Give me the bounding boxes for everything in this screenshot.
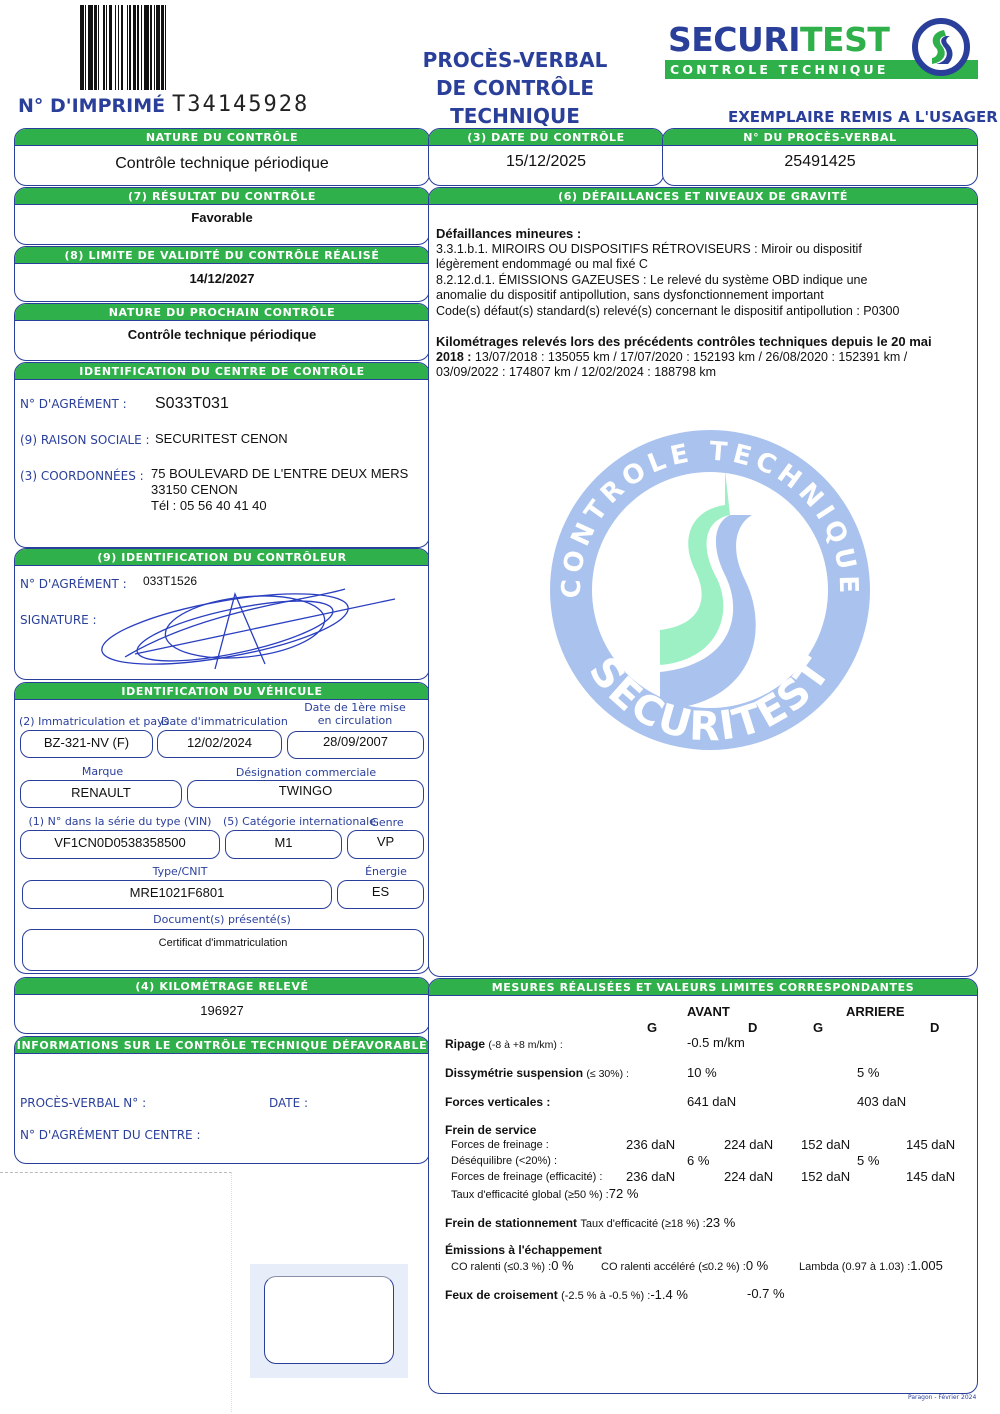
forces-freinage-arg: 152 daN [801, 1137, 850, 1152]
nature-controle-value: Contrôle technique périodique [15, 155, 429, 173]
arriere-header: ARRIERE [846, 1004, 905, 1019]
categorie-value: M1 [225, 830, 342, 859]
securitest-logo: SECURITEST [668, 20, 889, 59]
nature-controle-box: NATURE DU CONTRÔLE Contrôle technique pé… [14, 128, 430, 186]
resultat-title: (7) RÉSULTAT DU CONTRÔLE [15, 188, 429, 205]
arriere-g-header: G [813, 1020, 823, 1035]
ripage-label: Ripage [445, 1037, 485, 1051]
energie-label: Énergie [348, 865, 424, 878]
detach-line [0, 1172, 232, 1173]
date-immat-value: 12/02/2024 [157, 730, 282, 758]
categorie-label: (5) Catégorie internationale [223, 815, 351, 828]
centre-raison-value: SECURITEST CENON [155, 431, 288, 446]
desequilibre-label: Déséquilibre (<20%) : [451, 1155, 557, 1167]
forces-freinage-avd: 224 daN [724, 1137, 773, 1152]
centre-coordonnees: 75 BOULEVARD DE L'ENTRE DEUX MERS 33150 … [151, 466, 408, 514]
emissions-label: Émissions à l'échappement [445, 1243, 602, 1257]
exemplaire-label: EXEMPLAIRE REMIS A L'USAGER [728, 108, 998, 126]
centre-phone-line: Tél : 05 56 40 41 40 [151, 498, 408, 514]
feux-limit: (-2.5 % à -0.5 %) : [561, 1290, 650, 1302]
co-ralenti-label: CO ralenti (≤0.3 %) : [451, 1261, 551, 1273]
sticker-slot [264, 1276, 394, 1364]
signature-scribble-icon [85, 569, 405, 679]
securitest-s-logo-icon [912, 18, 970, 76]
forces-eff-avg: 236 daN [626, 1169, 675, 1184]
defaillance-line: anomalie du dispositif antipollution, sa… [436, 288, 899, 304]
marque-label: Marque [20, 765, 185, 778]
limite-validite-title: (8) LIMITE DE VALIDITÉ DU CONTRÔLE RÉALI… [15, 247, 429, 264]
taux-global-row: Taux d'efficacité global (≥50 %) :72 % [451, 1186, 638, 1201]
defaillance-line: 8.2.12.d.1. ÉMISSIONS GAZEUSES : Le rele… [436, 273, 899, 289]
premiere-mise-value: 28/09/2007 [287, 731, 424, 759]
resultat-box: (7) RÉSULTAT DU CONTRÔLE Favorable [14, 187, 430, 245]
km-history: Kilométrages relevés lors des précédents… [436, 334, 932, 381]
mesures-title: MESURES RÉALISÉES ET VALEURS LIMITES COR… [429, 979, 977, 996]
logo-part-2: TEST [800, 20, 889, 59]
feux-label: Feux de croisement [445, 1288, 558, 1302]
logo-part-1: SECURI [668, 20, 800, 59]
centre-box: IDENTIFICATION DU CENTRE DE CONTRÔLE N° … [14, 362, 430, 548]
defavorable-pv-label: PROCÈS-VERBAL N° : [20, 1096, 146, 1110]
desequilibre-arriere: 5 % [857, 1153, 879, 1168]
genre-label: Genre [349, 816, 425, 829]
kilometrage-title: (4) KILOMÉTRAGE RELEVÉ [15, 978, 429, 995]
forces-eff-avd: 224 daN [724, 1169, 773, 1184]
centre-agrement-label: N° D'AGRÉMENT : [20, 397, 127, 411]
dissym-row: Dissymétrie suspension (≤ 30%) : [445, 1066, 629, 1080]
co-accel-row: CO ralenti accéléré (≤0.2 %) :0 % [601, 1258, 768, 1273]
premiere-mise-label: Date de 1ère mise en circulation [287, 701, 423, 727]
documents-value: Certificat d'immatriculation [22, 929, 424, 971]
co-accel-label: CO ralenti accéléré (≤0.2 %) : [601, 1261, 746, 1273]
marque-value: RENAULT [20, 780, 182, 808]
imprime-number: T34145928 [172, 92, 309, 117]
centre-coord-label: (3) COORDONNÉES : [20, 469, 144, 483]
immat-label: (2) Immatriculation et pays [19, 715, 159, 728]
forces-freinage-ard: 145 daN [906, 1137, 955, 1152]
forces-vert-arriere: 403 daN [857, 1094, 906, 1109]
title-line-2: DE CONTRÔLE TECHNIQUE [370, 74, 660, 130]
co-ralenti-row: CO ralenti (≤0.3 %) :0 % [451, 1258, 574, 1273]
defaillances-list: Défaillances mineures : 3.3.1.b.1. MIROI… [436, 226, 899, 319]
vin-value: VF1CN0D0538358500 [20, 830, 220, 859]
securitest-watermark-icon: CONTROLE TECHNIQUE SECURITEST [530, 410, 890, 770]
avant-g-header: G [647, 1020, 657, 1035]
date-controle-box: (3) DATE DU CONTRÔLE 15/12/2025 [428, 128, 664, 186]
defavorable-agrement-label: N° D'AGRÉMENT DU CENTRE : [20, 1128, 201, 1142]
defavorable-title: INFORMATIONS SUR LE CONTRÔLE TECHNIQUE D… [15, 1037, 429, 1054]
forces-eff-label: Forces de freinage (efficacité) : [451, 1171, 602, 1183]
designation-label: Désignation commerciale [187, 766, 425, 779]
defavorable-date-label: DATE : [269, 1096, 308, 1110]
centre-agrement-value: S033T031 [155, 395, 229, 413]
premiere-mise-label-2: en circulation [287, 714, 423, 727]
frein-service-label: Frein de service [445, 1123, 536, 1137]
cnit-value: MRE1021F6801 [22, 880, 332, 909]
paragon-footer: Paragon - Février 2024 [908, 1394, 976, 1401]
date-controle-value: 15/12/2025 [429, 153, 663, 171]
defaillance-line: 3.3.1.b.1. MIROIRS OU DISPOSITIFS RÉTROV… [436, 242, 899, 258]
prochain-controle-title: NATURE DU PROCHAIN CONTRÔLE [15, 304, 429, 321]
feux-g-value: -1.4 % [650, 1287, 688, 1302]
date-immat-label: Date d'immatriculation [161, 715, 279, 728]
nature-controle-title: NATURE DU CONTRÔLE [15, 129, 429, 146]
avant-d-header: D [748, 1020, 757, 1035]
ripage-row: Ripage (-8 à +8 m/km) : [445, 1037, 563, 1051]
premiere-mise-label-1: Date de 1ère mise [287, 701, 423, 714]
arriere-d-header: D [930, 1020, 939, 1035]
ripage-value: -0.5 m/km [687, 1035, 745, 1050]
centre-title: IDENTIFICATION DU CENTRE DE CONTRÔLE [15, 363, 429, 380]
sticker-frame [250, 1264, 408, 1378]
defaillances-title: (6) DÉFAILLANCES ET NIVEAUX DE GRAVITÉ [429, 188, 977, 205]
resultat-value: Favorable [15, 210, 429, 225]
kilometrage-box: (4) KILOMÉTRAGE RELEVÉ 196927 [14, 977, 430, 1034]
lambda-label: Lambda (0.97 à 1.03) : [799, 1261, 910, 1273]
defaillance-line: Code(s) défaut(s) standard(s) relevé(s) … [436, 304, 899, 320]
stationnement-sub: Taux d'efficacité (≥18 %) : [580, 1218, 705, 1230]
forces-eff-arg: 152 daN [801, 1169, 850, 1184]
title-line-1: PROCÈS-VERBAL [370, 46, 660, 74]
numero-pv-box: N° DU PROCÈS-VERBAL 25491425 [662, 128, 978, 186]
imprime-label: N° D'IMPRIMÉ [18, 95, 165, 117]
immat-value: BZ-321-NV (F) [20, 730, 153, 758]
co-accel-value: 0 % [746, 1258, 768, 1273]
dissym-limit: (≤ 30%) : [586, 1068, 629, 1080]
km-history-line: 13/07/2018 : 135055 km / 17/07/2020 : 15… [471, 350, 907, 364]
stationnement-row: Frein de stationnement Taux d'efficacité… [445, 1215, 735, 1230]
lambda-row: Lambda (0.97 à 1.03) :1.005 [799, 1258, 943, 1273]
prochain-controle-value: Contrôle technique périodique [15, 327, 429, 342]
taux-global-value: 72 % [609, 1186, 639, 1201]
date-controle-title: (3) DATE DU CONTRÔLE [429, 129, 663, 146]
controleur-title: (9) IDENTIFICATION DU CONTRÔLEUR [15, 549, 429, 566]
km-history-line: 03/09/2022 : 174807 km / 12/02/2024 : 18… [436, 365, 932, 381]
centre-raison-label: (9) RAISON SOCIALE : [20, 433, 150, 447]
vehicule-box: IDENTIFICATION DU VÉHICULE (2) Immatricu… [14, 682, 430, 974]
km-history-year: 2018 : [436, 350, 471, 364]
document-title: PROCÈS-VERBAL DE CONTRÔLE TECHNIQUE [370, 46, 660, 130]
ripage-limit: (-8 à +8 m/km) : [488, 1039, 562, 1051]
dissym-avant: 10 % [687, 1065, 717, 1080]
controleur-box: (9) IDENTIFICATION DU CONTRÔLEUR N° D'AG… [14, 548, 430, 680]
centre-address-line: 75 BOULEVARD DE L'ENTRE DEUX MERS [151, 466, 408, 482]
taux-global-label: Taux d'efficacité global (≥50 %) : [451, 1189, 609, 1201]
designation-value: TWINGO [187, 780, 424, 808]
centre-city-line: 33150 CENON [151, 482, 408, 498]
forces-vert-avant: 641 daN [687, 1094, 736, 1109]
lambda-value: 1.005 [910, 1258, 943, 1273]
documents-label: Document(s) présenté(s) [20, 913, 424, 926]
numero-pv-title: N° DU PROCÈS-VERBAL [663, 129, 977, 146]
stationnement-label: Frein de stationnement [445, 1216, 577, 1230]
mesures-box: MESURES RÉALISÉES ET VALEURS LIMITES COR… [428, 978, 978, 1394]
forces-freinage-label: Forces de freinage : [451, 1139, 549, 1151]
avant-header: AVANT [687, 1004, 730, 1019]
desequilibre-avant: 6 % [687, 1153, 709, 1168]
co-ralenti-value: 0 % [551, 1258, 573, 1273]
kilometrage-value: 196927 [15, 1003, 429, 1018]
km-history-heading: Kilométrages relevés lors des précédents… [436, 334, 932, 350]
limite-validite-box: (8) LIMITE DE VALIDITÉ DU CONTRÔLE RÉALI… [14, 246, 430, 302]
detach-line-vertical [231, 1172, 232, 1412]
prochain-controle-box: NATURE DU PROCHAIN CONTRÔLE Contrôle tec… [14, 303, 430, 361]
forces-vert-label: Forces verticales : [445, 1095, 550, 1109]
limite-validite-value: 14/12/2027 [15, 271, 429, 286]
feux-d-value: -0.7 % [747, 1286, 785, 1301]
cnit-label: Type/CNIT [20, 865, 340, 878]
forces-freinage-avg: 236 daN [626, 1137, 675, 1152]
energie-value: ES [337, 880, 424, 909]
vin-label: (1) N° dans la série du type (VIN) [20, 815, 220, 828]
stationnement-value: 23 % [706, 1215, 736, 1230]
defavorable-box: INFORMATIONS SUR LE CONTRÔLE TECHNIQUE D… [14, 1036, 430, 1164]
barcode [80, 5, 260, 90]
forces-eff-ard: 145 daN [906, 1169, 955, 1184]
feux-row: Feux de croisement (-2.5 % à -0.5 %) :-1… [445, 1287, 688, 1302]
dissym-label: Dissymétrie suspension [445, 1066, 583, 1080]
numero-pv-value: 25491425 [663, 153, 977, 171]
dissym-arriere: 5 % [857, 1065, 879, 1080]
genre-value: VP [347, 830, 424, 859]
vehicule-title: IDENTIFICATION DU VÉHICULE [15, 683, 429, 700]
defaillance-line: légèrement endommagé ou mal fixé C [436, 257, 899, 273]
defaillances-heading: Défaillances mineures : [436, 226, 899, 242]
